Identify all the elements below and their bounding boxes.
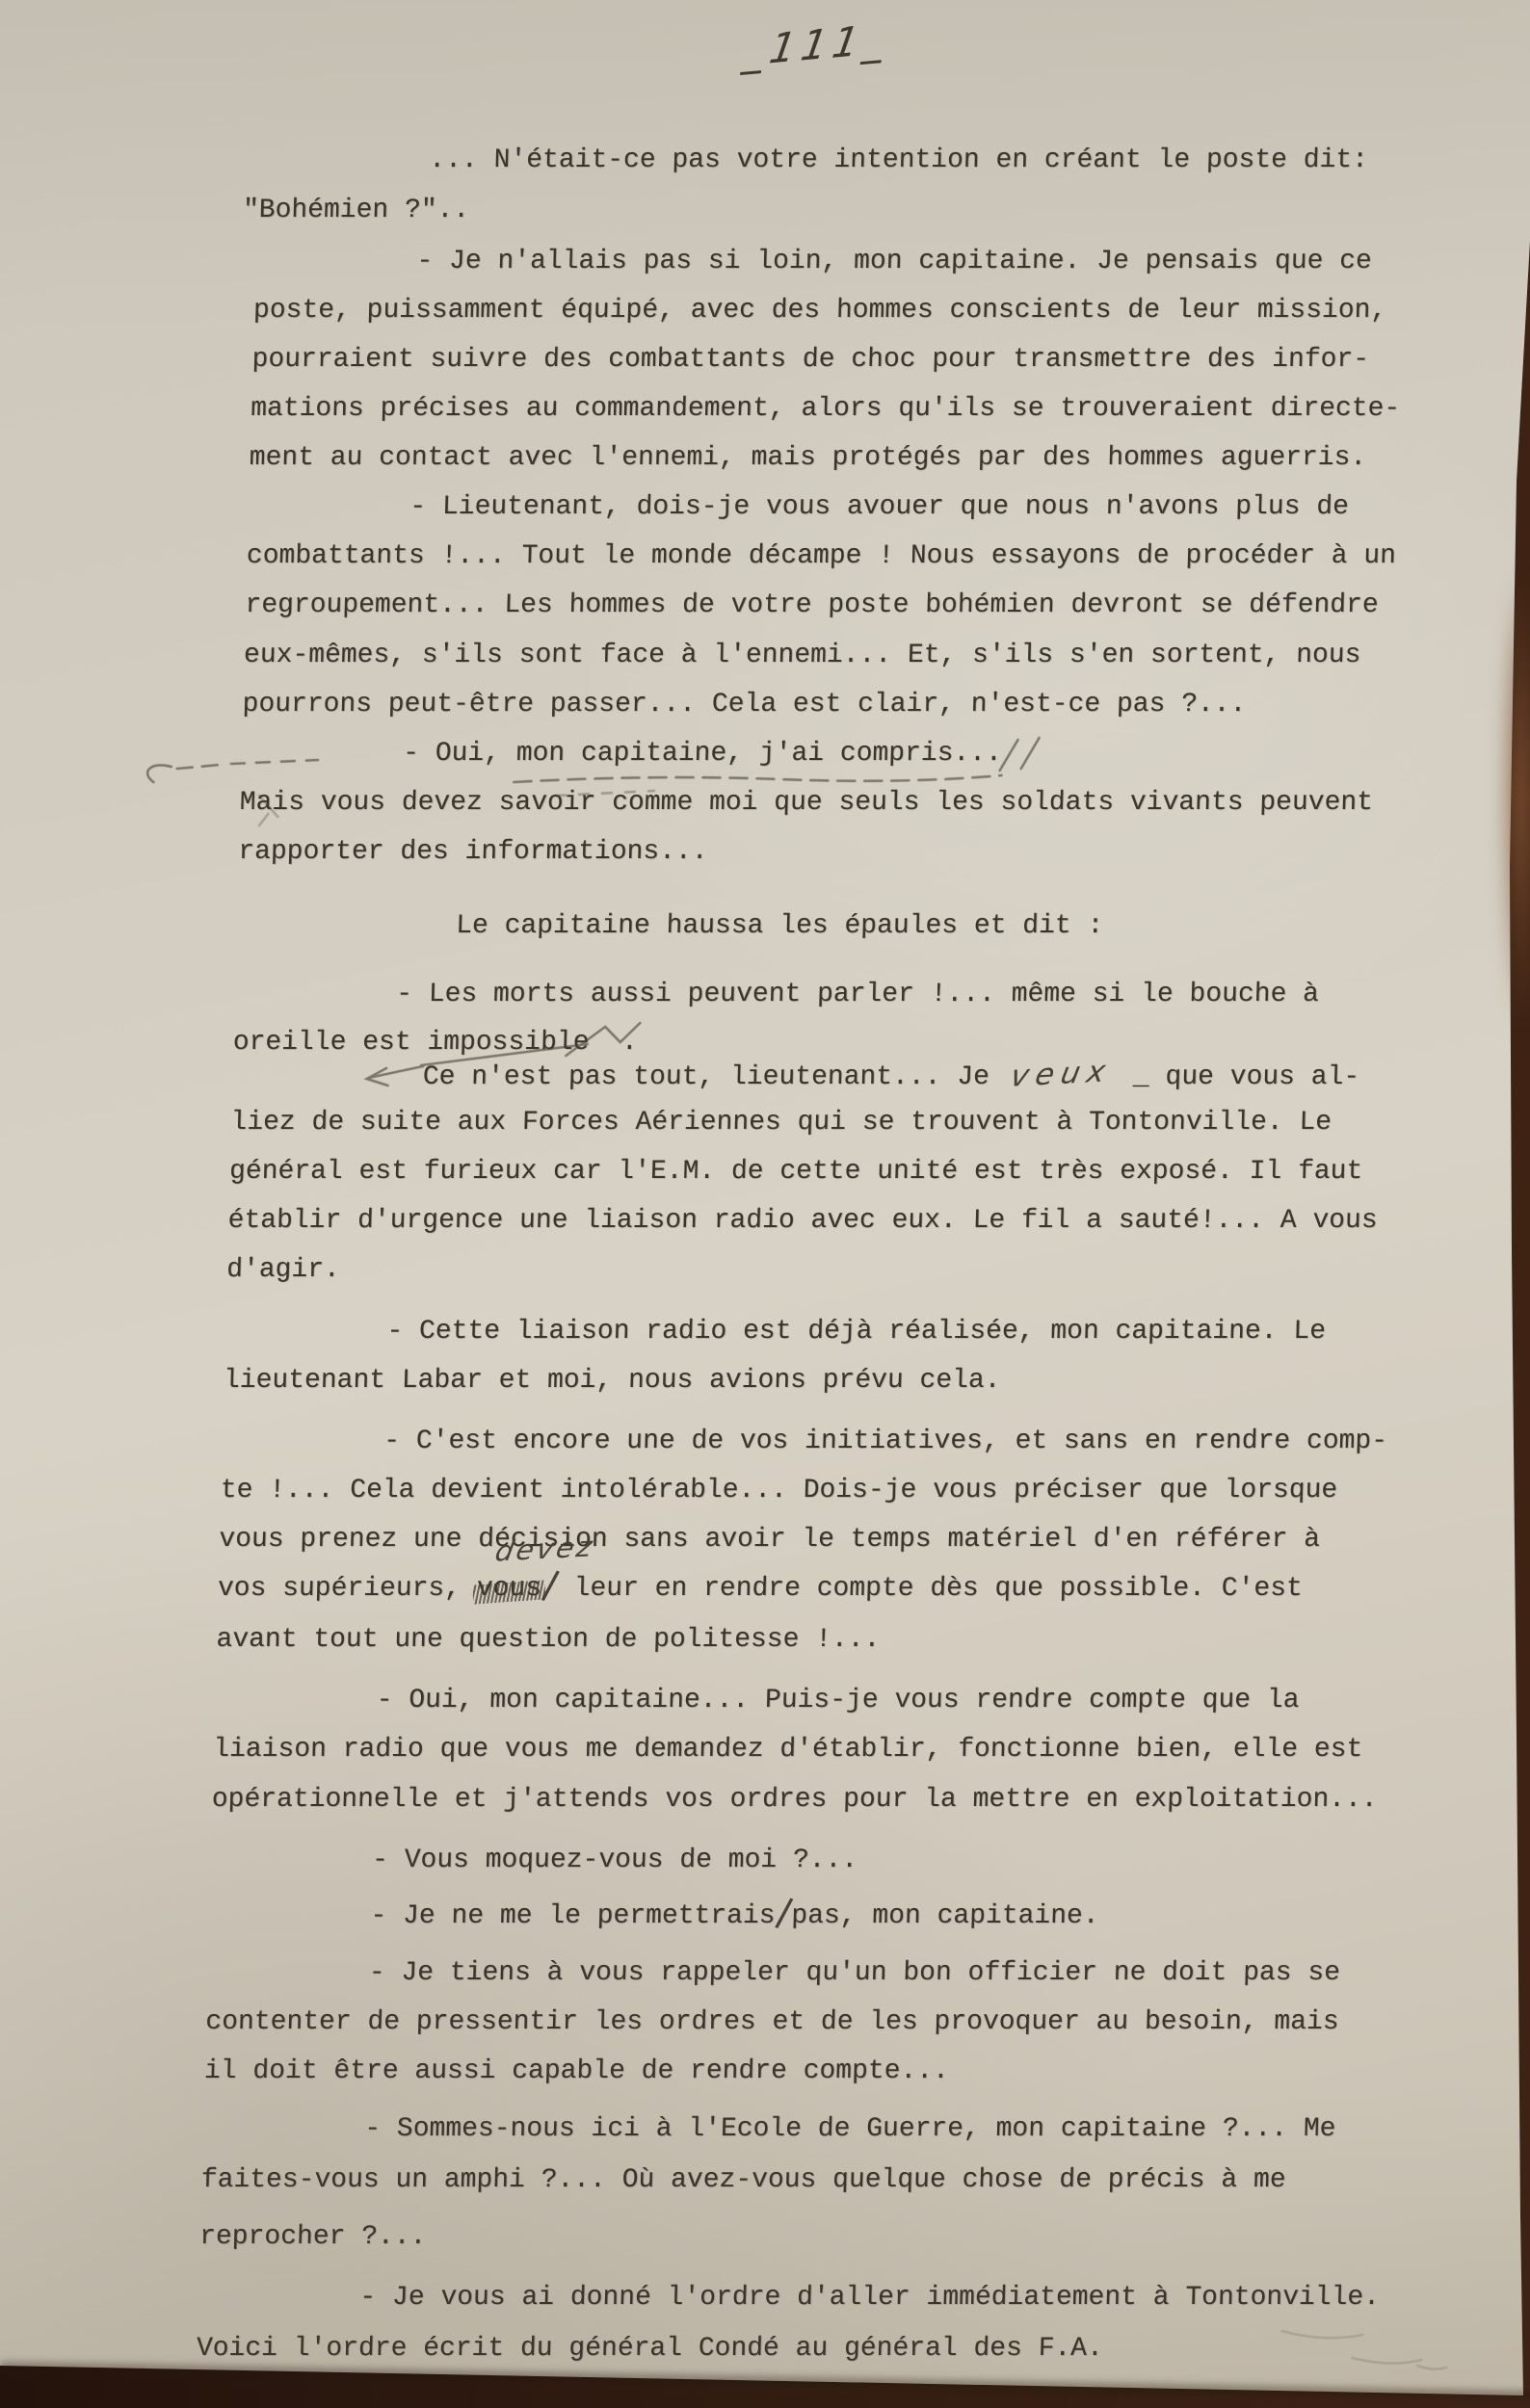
typed-line: mations précises au commandement, alors … [251,393,1401,426]
typed-text: vos supérieurs, [217,1574,477,1604]
typed-text: pas, mon capitaine. [791,1901,1099,1931]
typed-line: - Je ne me le permettrais/pas, mon capit… [370,1900,1099,1933]
typed-line: ″Bohémien ?″.. [242,195,469,227]
typed-line: reprocher ?... [199,2221,427,2254]
typed-line: opérationnelle et j'attends vos ordres p… [211,1784,1378,1817]
typed-text: _ que vous al- [1117,1062,1360,1092]
typed-line: liez de suite aux Forces Aériennes qui s… [230,1107,1332,1139]
typed-line: établir d'urgence une liaison radio avec… [227,1205,1378,1238]
typed-line: vous prenez une décision sans avoir le t… [219,1524,1321,1557]
typed-line: ... N'était-ce pas votre intention en cr… [429,144,1369,177]
typed-line: - Je n'allais pas si loin, mon capitaine… [416,246,1372,278]
handwritten-hand-text: veux [1008,1055,1115,1092]
typed-line: - Vous moquez-vous de moi ?... [372,1845,858,1877]
typed-line: - Oui, mon capitaine, j'ai compris... [403,738,1003,771]
typed-line: général est furieux car l'E.M. de cette … [229,1156,1363,1189]
paper-sheet: ... N'était-ce pas votre intention en cr… [0,0,1530,2408]
typed-line: ment au contact avec l'ennemi, mais prot… [249,442,1366,475]
typed-text: leur en rendre compte dès que possible. … [557,1574,1303,1604]
typed-line: - Oui, mon capitaine... Puis-je vous ren… [376,1685,1300,1717]
typed-line: oreille est impossible . [232,1027,638,1060]
pencil-double-slash-mark [1000,738,1040,771]
typed-line: - Les morts aussi peuvent parler !... mê… [396,979,1320,1011]
typed-line: avant tout une question de politesse !..… [216,1624,881,1657]
typed-line: - Je vous ai donné l'ordre d'aller imméd… [359,2282,1381,2315]
photo-blur-artifact [1505,578,1530,1021]
typed-line: - Lieutenant, dois-je vous avouer que no… [409,491,1350,524]
typed-line: eux-mêmes, s'ils sont face à l'ennemi...… [244,640,1361,672]
typed-line: faites-vous un amphi ?... Où avez-vous q… [200,2164,1286,2197]
typed-line: rapporter des informations... [238,836,708,869]
typed-line: Voici l'ordre écrit du général Condé au … [196,2333,1103,2366]
pencil-arrow-mark [367,1066,424,1086]
handwritten-above-text: devez [492,1530,597,1567]
typed-line: combattants !... Tout le monde décampe !… [246,540,1396,573]
handwritten-scrib-text: vous [476,1573,541,1606]
typed-line: d'agir. [226,1254,341,1287]
typed-line: poste, puissamment équipé, avec des homm… [253,295,1387,327]
typed-text: Ce n'est pas tout, lieutenant... Je [422,1062,1006,1092]
typed-line: pourraient suivre des combattants de cho… [251,344,1369,377]
typed-line: contenter de pressentir les ordres et de… [205,2006,1339,2039]
typed-line: lieutenant Labar et moi, nous avions pré… [223,1365,1000,1398]
typed-line: il doit être aussi capable de rendre com… [203,2055,949,2088]
photo-of-typewritten-page: { "page": { "number": "_111_", "paper_co… [0,0,1530,2408]
typed-line: - Sommes-nous ici à l'Ecole de Guerre, m… [364,2113,1336,2146]
typed-line: - Je tiens à vous rappeler qu'un bon off… [368,1957,1340,1990]
typed-line: Le capitaine haussa les épaules et dit : [456,910,1104,943]
typed-text-layer: ... N'était-ce pas votre intention en cr… [0,0,1530,2408]
typed-line: pourrons peut-être passer... Cela est cl… [242,689,1247,721]
pencil-swirl-mark [147,760,318,782]
typed-line: liaison radio que vous me demandez d'éta… [213,1734,1363,1767]
typed-line: Mais vous devez savoir comme moi que seu… [239,787,1373,820]
typed-line: - C'est encore une de vos initiatives, e… [383,1426,1388,1458]
typed-line: regroupement... Les hommes de votre post… [245,589,1379,622]
typed-line: te !... Cela devient intolérable... Dois… [220,1475,1337,1507]
typed-line: - Cette liaison radio est déjà réalisée,… [386,1316,1327,1348]
pencil-smudge-marks [1280,2331,1447,2369]
typed-line: vos supérieurs, vous/ leur en rendre com… [217,1573,1303,1606]
typed-line: Ce n'est pas tout, lieutenant... Je veux… [422,1058,1359,1094]
typed-text: - Je ne me le permettrais [370,1901,776,1931]
